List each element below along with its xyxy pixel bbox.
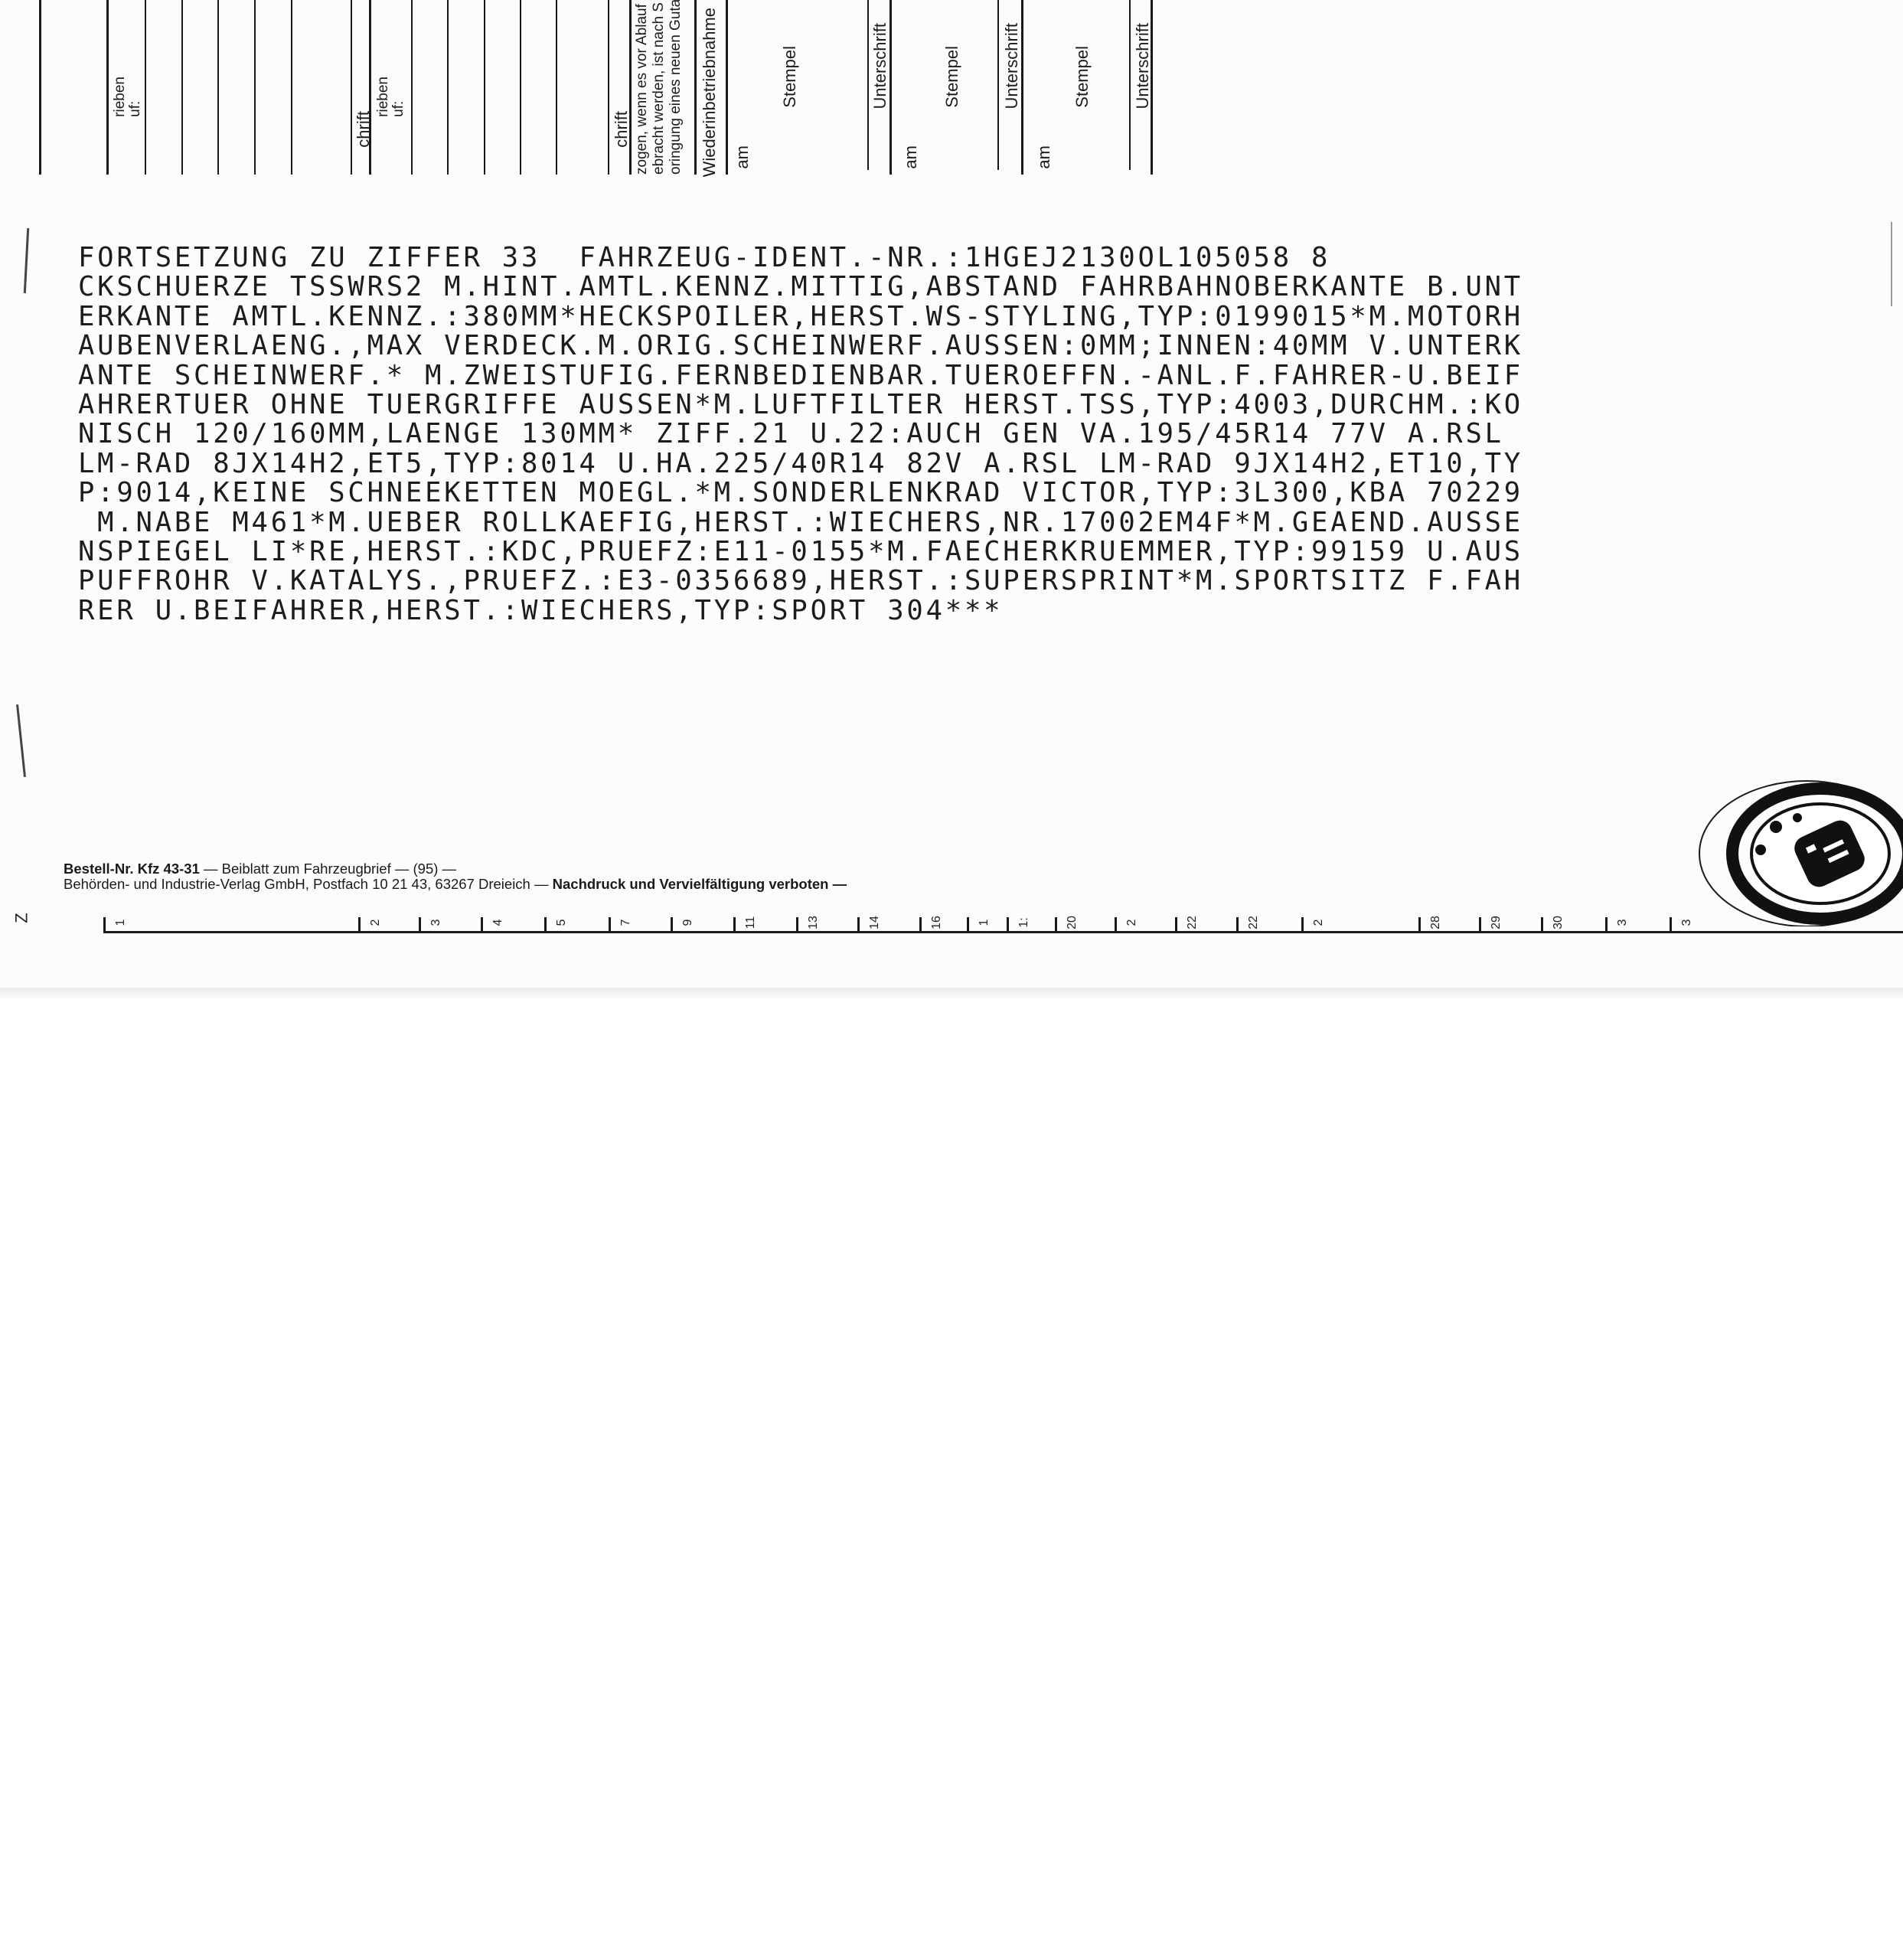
column-divider bbox=[1151, 0, 1153, 175]
typed-continuation-text: FORTSETZUNG ZU ZIFFER 33 FAHRZEUG-IDENT.… bbox=[78, 243, 1523, 626]
ruler-tick-label: 3 bbox=[429, 916, 443, 929]
column-divider bbox=[351, 0, 352, 175]
stamp-label: Stempel bbox=[781, 46, 799, 108]
column-divider bbox=[447, 0, 449, 175]
reactivation-label: Wiederinbetriebnahme bbox=[700, 8, 719, 177]
ruler-tick-label: 9 bbox=[681, 916, 695, 929]
ruler-tick bbox=[1115, 917, 1117, 931]
ruler-tick bbox=[1670, 917, 1672, 931]
ruler-tick-label: 14 bbox=[868, 916, 882, 929]
typed-line: NISCH 120/160MM,LAENGE 130MM* ZIFF.21 U.… bbox=[78, 420, 1523, 449]
typed-line: AUBENVERLAENG.,MAX VERDECK.M.ORIG.SCHEIN… bbox=[78, 332, 1523, 361]
column-divider bbox=[629, 0, 632, 175]
typed-line: LM-RAD 8JX14H2,ET5,TYP:8014 U.HA.225/40R… bbox=[78, 449, 1523, 479]
ruler-tick bbox=[1236, 917, 1239, 931]
form-ruler: 12345791113141611:2022222228293033 bbox=[103, 911, 1903, 933]
ruler-tick-label: 2 bbox=[1125, 916, 1139, 929]
ruler-tick-label: 2 bbox=[1312, 916, 1326, 929]
ruler-tick-label: 3 bbox=[1680, 916, 1694, 929]
column-divider bbox=[889, 0, 892, 175]
ruler-tick bbox=[967, 917, 969, 931]
ruler-tick bbox=[1301, 917, 1304, 931]
signature-label: Unterschrift bbox=[1003, 23, 1021, 109]
ruler-tick bbox=[419, 917, 421, 931]
official-seal-stamp bbox=[1684, 773, 1903, 926]
page-edge-shadow bbox=[0, 988, 1903, 998]
ruler-tick bbox=[919, 917, 922, 931]
ruler-tick bbox=[1055, 917, 1057, 931]
column-divider bbox=[39, 0, 41, 175]
ruler-tick bbox=[481, 917, 483, 931]
signature-divider bbox=[867, 0, 869, 170]
ruler-tick-label: 1: bbox=[1017, 916, 1031, 929]
column-label-rieben-uf: riebenuf: bbox=[376, 77, 406, 117]
typed-line: M.NABE M461*M.UEBER ROLLKAEFIG,HERST.:WI… bbox=[78, 508, 1523, 537]
column-divider bbox=[369, 0, 371, 175]
ruler-tick-label: 3 bbox=[1616, 916, 1630, 929]
ruler-tick-label: 5 bbox=[555, 916, 569, 929]
ruler-tick bbox=[544, 917, 547, 931]
ruler-tick-label: 1 bbox=[978, 916, 991, 929]
footer-line-1: Bestell-Nr. Kfz 43-31 — Beiblatt zum Fah… bbox=[64, 861, 847, 877]
side-mark: Z bbox=[12, 913, 32, 923]
column-divider bbox=[217, 0, 219, 175]
column-divider bbox=[291, 0, 292, 175]
typed-line: AHRERTUER OHNE TUERGRIFFE AUSSEN*M.LUFTF… bbox=[78, 390, 1523, 420]
column-divider bbox=[520, 0, 521, 175]
ruler-tick bbox=[733, 917, 736, 931]
typed-line: ANTE SCHEINWERF.* M.ZWEISTUFIG.FERNBEDIE… bbox=[78, 361, 1523, 390]
ruler-tick-label: 2 bbox=[369, 916, 383, 929]
notice-text: zogen, wenn es vor Ablaufebracht werden,… bbox=[634, 0, 684, 175]
date-label: am bbox=[1035, 145, 1053, 169]
ruler-tick-label: 4 bbox=[491, 916, 505, 929]
typed-line: NSPIEGEL LI*RE,HERST.:KDC,PRUEFZ:E11-015… bbox=[78, 537, 1523, 567]
column-divider bbox=[106, 0, 109, 175]
column-label-rieben-uf: riebenuf: bbox=[113, 77, 143, 117]
ruler-tick-label: 30 bbox=[1552, 916, 1565, 929]
column-divider bbox=[145, 0, 146, 175]
signature-label: Unterschrift bbox=[1134, 23, 1152, 109]
ruler-tick bbox=[1479, 917, 1481, 931]
ruler-tick-label: 22 bbox=[1247, 916, 1261, 929]
typed-line: CKSCHUERZE TSSWRS2 M.HINT.AMTL.KENNZ.MIT… bbox=[78, 273, 1523, 302]
column-divider bbox=[556, 0, 557, 175]
ruler-tick-label: 1 bbox=[114, 916, 128, 929]
ruler-tick bbox=[358, 917, 361, 931]
stamp-label: Stempel bbox=[943, 46, 961, 108]
column-divider bbox=[1021, 0, 1023, 175]
column-divider bbox=[254, 0, 256, 175]
ruler-tick-label: 20 bbox=[1066, 916, 1079, 929]
column-divider bbox=[608, 0, 609, 175]
ruler-tick bbox=[1007, 917, 1009, 931]
ruler-tick-label: 13 bbox=[807, 916, 821, 929]
ruler-tick bbox=[609, 917, 611, 931]
date-label: am bbox=[733, 145, 752, 169]
column-divider bbox=[181, 0, 183, 175]
ruler-tick bbox=[796, 917, 798, 931]
footer-line-2: Behörden- und Industrie-Verlag GmbH, Pos… bbox=[64, 877, 847, 892]
ruler-tick-label: 22 bbox=[1186, 916, 1200, 929]
signature-label: Unterschrift bbox=[871, 23, 889, 109]
typed-line: RER U.BEIFAHRER,HERST.:WIECHERS,TYP:SPOR… bbox=[78, 596, 1523, 626]
ruler-tick bbox=[1541, 917, 1543, 931]
edge-mark bbox=[1891, 222, 1892, 306]
column-divider bbox=[411, 0, 413, 175]
ruler-tick bbox=[857, 917, 860, 931]
ruler-tick-label: 29 bbox=[1490, 916, 1503, 929]
form-publisher-footer: Bestell-Nr. Kfz 43-31 — Beiblatt zum Fah… bbox=[64, 861, 847, 892]
column-divider bbox=[726, 0, 728, 175]
signature-divider bbox=[997, 0, 999, 170]
ruler-tick bbox=[1418, 917, 1421, 931]
ruler-tick bbox=[103, 917, 106, 931]
typed-line: ERKANTE AMTL.KENNZ.:380MM*HECKSPOILER,HE… bbox=[78, 302, 1523, 332]
ruler-tick-label: 16 bbox=[930, 916, 944, 929]
column-label-chrift: chrift bbox=[612, 111, 631, 148]
typed-line: PUFFROHR V.KATALYS.,PRUEFZ.:E3-0356689,H… bbox=[78, 567, 1523, 596]
typed-line: P:9014,KEINE SCHNEEKETTEN MOEGL.*M.SONDE… bbox=[78, 479, 1523, 508]
typed-line: FORTSETZUNG ZU ZIFFER 33 FAHRZEUG-IDENT.… bbox=[78, 243, 1523, 273]
stamp-label: Stempel bbox=[1073, 46, 1092, 108]
ruler-tick bbox=[1605, 917, 1608, 931]
column-divider bbox=[484, 0, 485, 175]
column-divider bbox=[694, 0, 697, 175]
ruler-tick bbox=[671, 917, 673, 931]
date-label: am bbox=[902, 145, 920, 169]
ruler-tick-label: 11 bbox=[744, 916, 758, 929]
ruler-tick-label: 28 bbox=[1429, 916, 1443, 929]
signature-divider bbox=[1129, 0, 1131, 170]
ruler-tick-label: 7 bbox=[619, 916, 633, 929]
ruler-tick bbox=[1175, 917, 1177, 931]
